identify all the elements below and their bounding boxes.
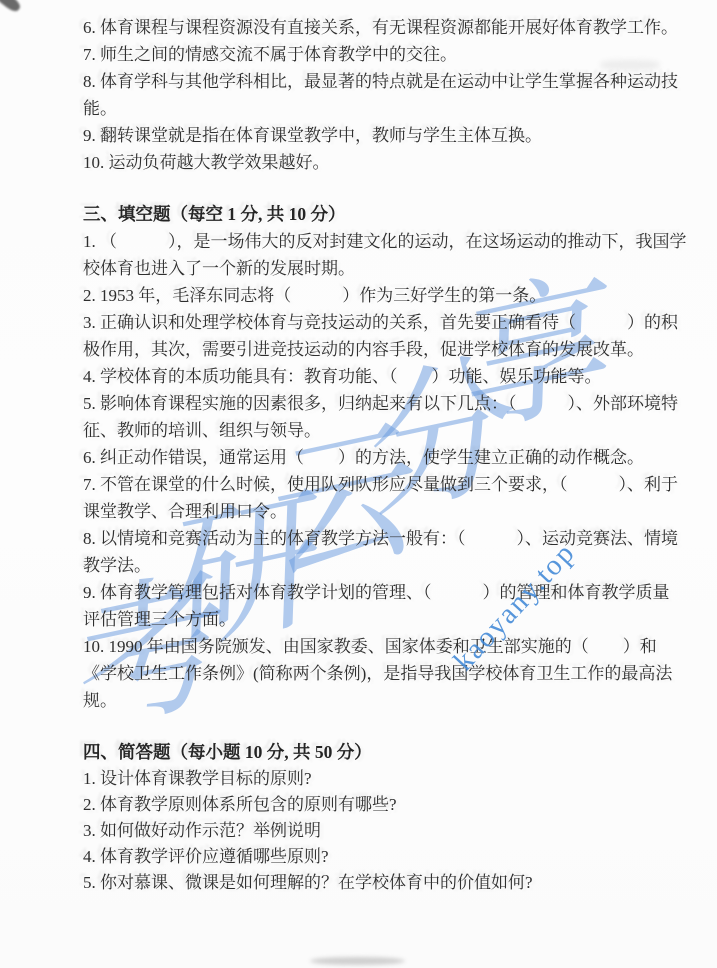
question-line: 1. （ ），是一场伟大的反对封建文化的运动，在这场运动的推动下，我国学 xyxy=(83,228,639,255)
question-line: 评估管理三个方面。 xyxy=(83,606,639,633)
question-line: 8. 以情境和竞赛活动为主的体育教学方法一般有：（ ）、运动竞赛法、情境 xyxy=(83,525,639,552)
question-line: 7. 师生之间的情感交流不属于体育教学中的交往。 xyxy=(83,41,639,68)
question-line: 规。 xyxy=(83,687,639,714)
question-line: 征、教师的培训、组织与领导。 xyxy=(83,417,639,444)
question-line: 1. 设计体育课教学目标的原则? xyxy=(83,766,639,792)
question-line: 能。 xyxy=(83,95,639,122)
exam-page: 考研云分享 6. 体育课程与课程资源没有直接关系，有无课程资源都能开展好体育教学… xyxy=(0,0,717,968)
question-line: 4. 体育教学评价应遵循哪些原则? xyxy=(83,844,639,870)
judgement-questions-continued-block: 6. 体育课程与课程资源没有直接关系，有无课程资源都能开展好体育教学工作。7. … xyxy=(83,14,639,176)
question-line: 3. 正确认识和处理学校体育与竞技运动的关系，首先要正确看待（ ）的积 xyxy=(83,309,639,336)
question-line: 8. 体育学科与其他学科相比，最显著的特点就是在运动中让学生掌握各种运动技 xyxy=(83,68,639,95)
section-heading-short-answer: 四、简答题（每小题 10 分, 共 50 分） xyxy=(83,739,639,766)
fill-in-the-blank-block: 1. （ ），是一场伟大的反对封建文化的运动，在这场运动的推动下，我国学校体育也… xyxy=(83,228,639,714)
question-line: 10. 运动负荷越大教学效果越好。 xyxy=(83,149,639,176)
scan-artifact-corner xyxy=(0,0,23,14)
question-line: 7. 不管在课堂的什么时候，使用队列队形应尽量做到三个要求，（ ）、利于 xyxy=(83,471,639,498)
question-line: 6. 体育课程与课程资源没有直接关系，有无课程资源都能开展好体育教学工作。 xyxy=(83,14,639,41)
question-line: 5. 你对慕课、微课是如何理解的？在学校体育中的价值如何? xyxy=(83,870,639,896)
question-line: 极作用，其次，需要引进竞技运动的内容手段，促进学校体育的发展改革。 xyxy=(83,336,639,363)
scan-artifact-ghost xyxy=(600,60,660,70)
question-line: 课堂教学、合理利用口令。 xyxy=(83,498,639,525)
question-line: 教学法。 xyxy=(83,552,639,579)
question-line: 《学校卫生工作条例》(简称两个条例)，是指导我国学校体育卫生工作的最高法 xyxy=(83,660,639,687)
question-line: 9. 体育教学管理包括对体育教学计划的管理、（ ）的管理和体育教学质量 xyxy=(83,579,639,606)
document-content: 6. 体育课程与课程资源没有直接关系，有无课程资源都能开展好体育教学工作。7. … xyxy=(83,14,639,896)
section-heading-fill-in-the-blank: 三、填空题（每空 1 分, 共 10 分） xyxy=(83,201,639,228)
question-line: 校体育也进入了一个新的发展时期。 xyxy=(83,255,639,282)
question-line: 2. 体育教学原则体系所包含的原则有哪些? xyxy=(83,792,639,818)
question-line: 2. 1953 年，毛泽东同志将（ ）作为三好学生的第一条。 xyxy=(83,282,639,309)
scan-artifact-bottom xyxy=(310,957,405,965)
question-line: 4. 学校体育的本质功能具有：教育功能、（ ）功能、娱乐功能等。 xyxy=(83,363,639,390)
question-line: 6. 纠正动作错误，通常运用（ ）的方法，使学生建立正确的动作概念。 xyxy=(83,444,639,471)
question-line: 9. 翻转课堂就是指在体育课堂教学中，教师与学生主体互换。 xyxy=(83,122,639,149)
question-line: 5. 影响体育课程实施的因素很多，归纳起来有以下几点：（ ）、外部环境特 xyxy=(83,390,639,417)
question-line: 3. 如何做好动作示范？举例说明 xyxy=(83,818,639,844)
question-line: 10. 1990 年由国务院颁发、由国家教委、国家体委和卫生部实施的（ ）和 xyxy=(83,633,639,660)
short-answer-block: 1. 设计体育课教学目标的原则?2. 体育教学原则体系所包含的原则有哪些?3. … xyxy=(83,766,639,896)
